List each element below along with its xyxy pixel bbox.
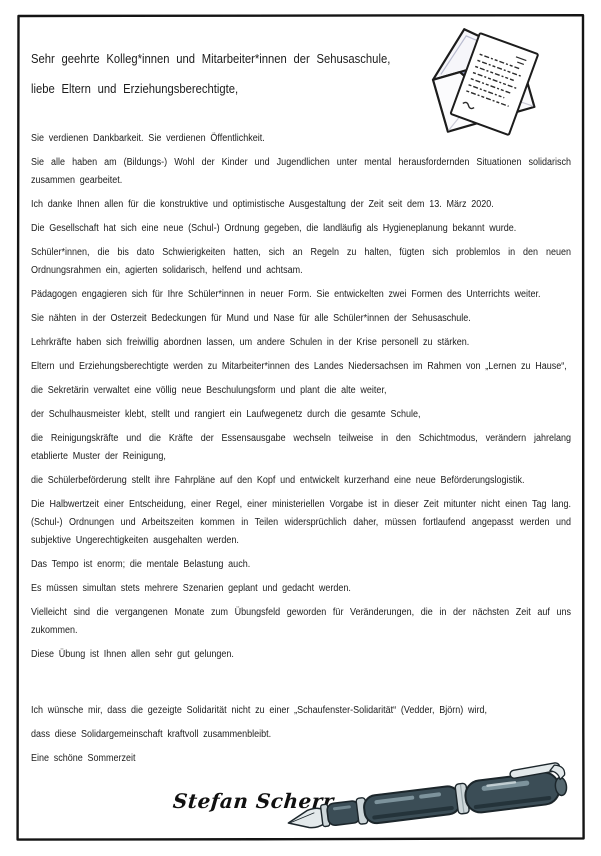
salutation-line: Sehr geehrte Kolleg*innen und Mitarbeite… xyxy=(31,44,571,74)
letter-paragraph: Schüler*innen, die bis dato Schwierigkei… xyxy=(31,244,571,280)
letter-paragraph: Sie verdienen Dankbarkeit. Sie verdienen… xyxy=(31,130,571,148)
pen-nib xyxy=(287,807,325,830)
salutation-line: liebe Eltern und Erziehungsberechtigte, xyxy=(31,74,571,104)
letter-paragraph: Sie nähten in der Osterzeit Bedeckungen … xyxy=(31,310,571,328)
letter-paragraph: Diese Übung ist Ihnen allen sehr gut gel… xyxy=(31,646,571,664)
letter-paragraph: Es müssen simultan stets mehrere Szenari… xyxy=(31,580,571,598)
letter-paragraph: Ich danke Ihnen allen für die konstrukti… xyxy=(31,196,571,214)
pen-grip xyxy=(326,800,360,826)
letter-paragraph: Eltern und Erziehungsberechtigte werden … xyxy=(31,358,571,376)
letter-paragraph: Die Halbwertzeit einer Entscheidung, ein… xyxy=(31,496,571,550)
letter-paragraph: die Schülerbeförderung stellt ihre Fahrp… xyxy=(31,472,571,490)
letter-paragraph: Pädagogen engagieren sich für Ihre Schül… xyxy=(31,286,571,304)
letter-paragraph: die Sekretärin verwaltet eine völlig neu… xyxy=(31,382,571,400)
closing-paragraph: Ich wünsche mir, dass die gezeigte Solid… xyxy=(31,702,571,720)
letter-paragraph: Das Tempo ist enorm; die mentale Belastu… xyxy=(31,556,571,574)
letter-paragraph: Lehrkräfte haben sich freiwillig abordne… xyxy=(31,334,571,352)
letter-paragraph: die Reinigungskräfte und die Kräfte der … xyxy=(31,430,571,466)
salutation: Sehr geehrte Kolleg*innen und Mitarbeite… xyxy=(31,44,571,104)
letter-content: Sehr geehrte Kolleg*innen und Mitarbeite… xyxy=(31,44,571,774)
fountain-pen-illustration xyxy=(278,756,580,850)
letter-page: Sehr geehrte Kolleg*innen und Mitarbeite… xyxy=(0,0,601,856)
letter-paragraph: der Schulhausmeister klebt, stellt und r… xyxy=(31,406,571,424)
letter-paragraph: Sie alle haben am (Bildungs-) Wohl der K… xyxy=(31,154,571,190)
closing-paragraph: dass diese Solidargemeinschaft kraftvoll… xyxy=(31,726,571,744)
letter-paragraph: Vielleicht sind die vergangenen Monate z… xyxy=(31,604,571,640)
letter-paragraph: Die Gesellschaft hat sich eine neue (Sch… xyxy=(31,220,571,238)
